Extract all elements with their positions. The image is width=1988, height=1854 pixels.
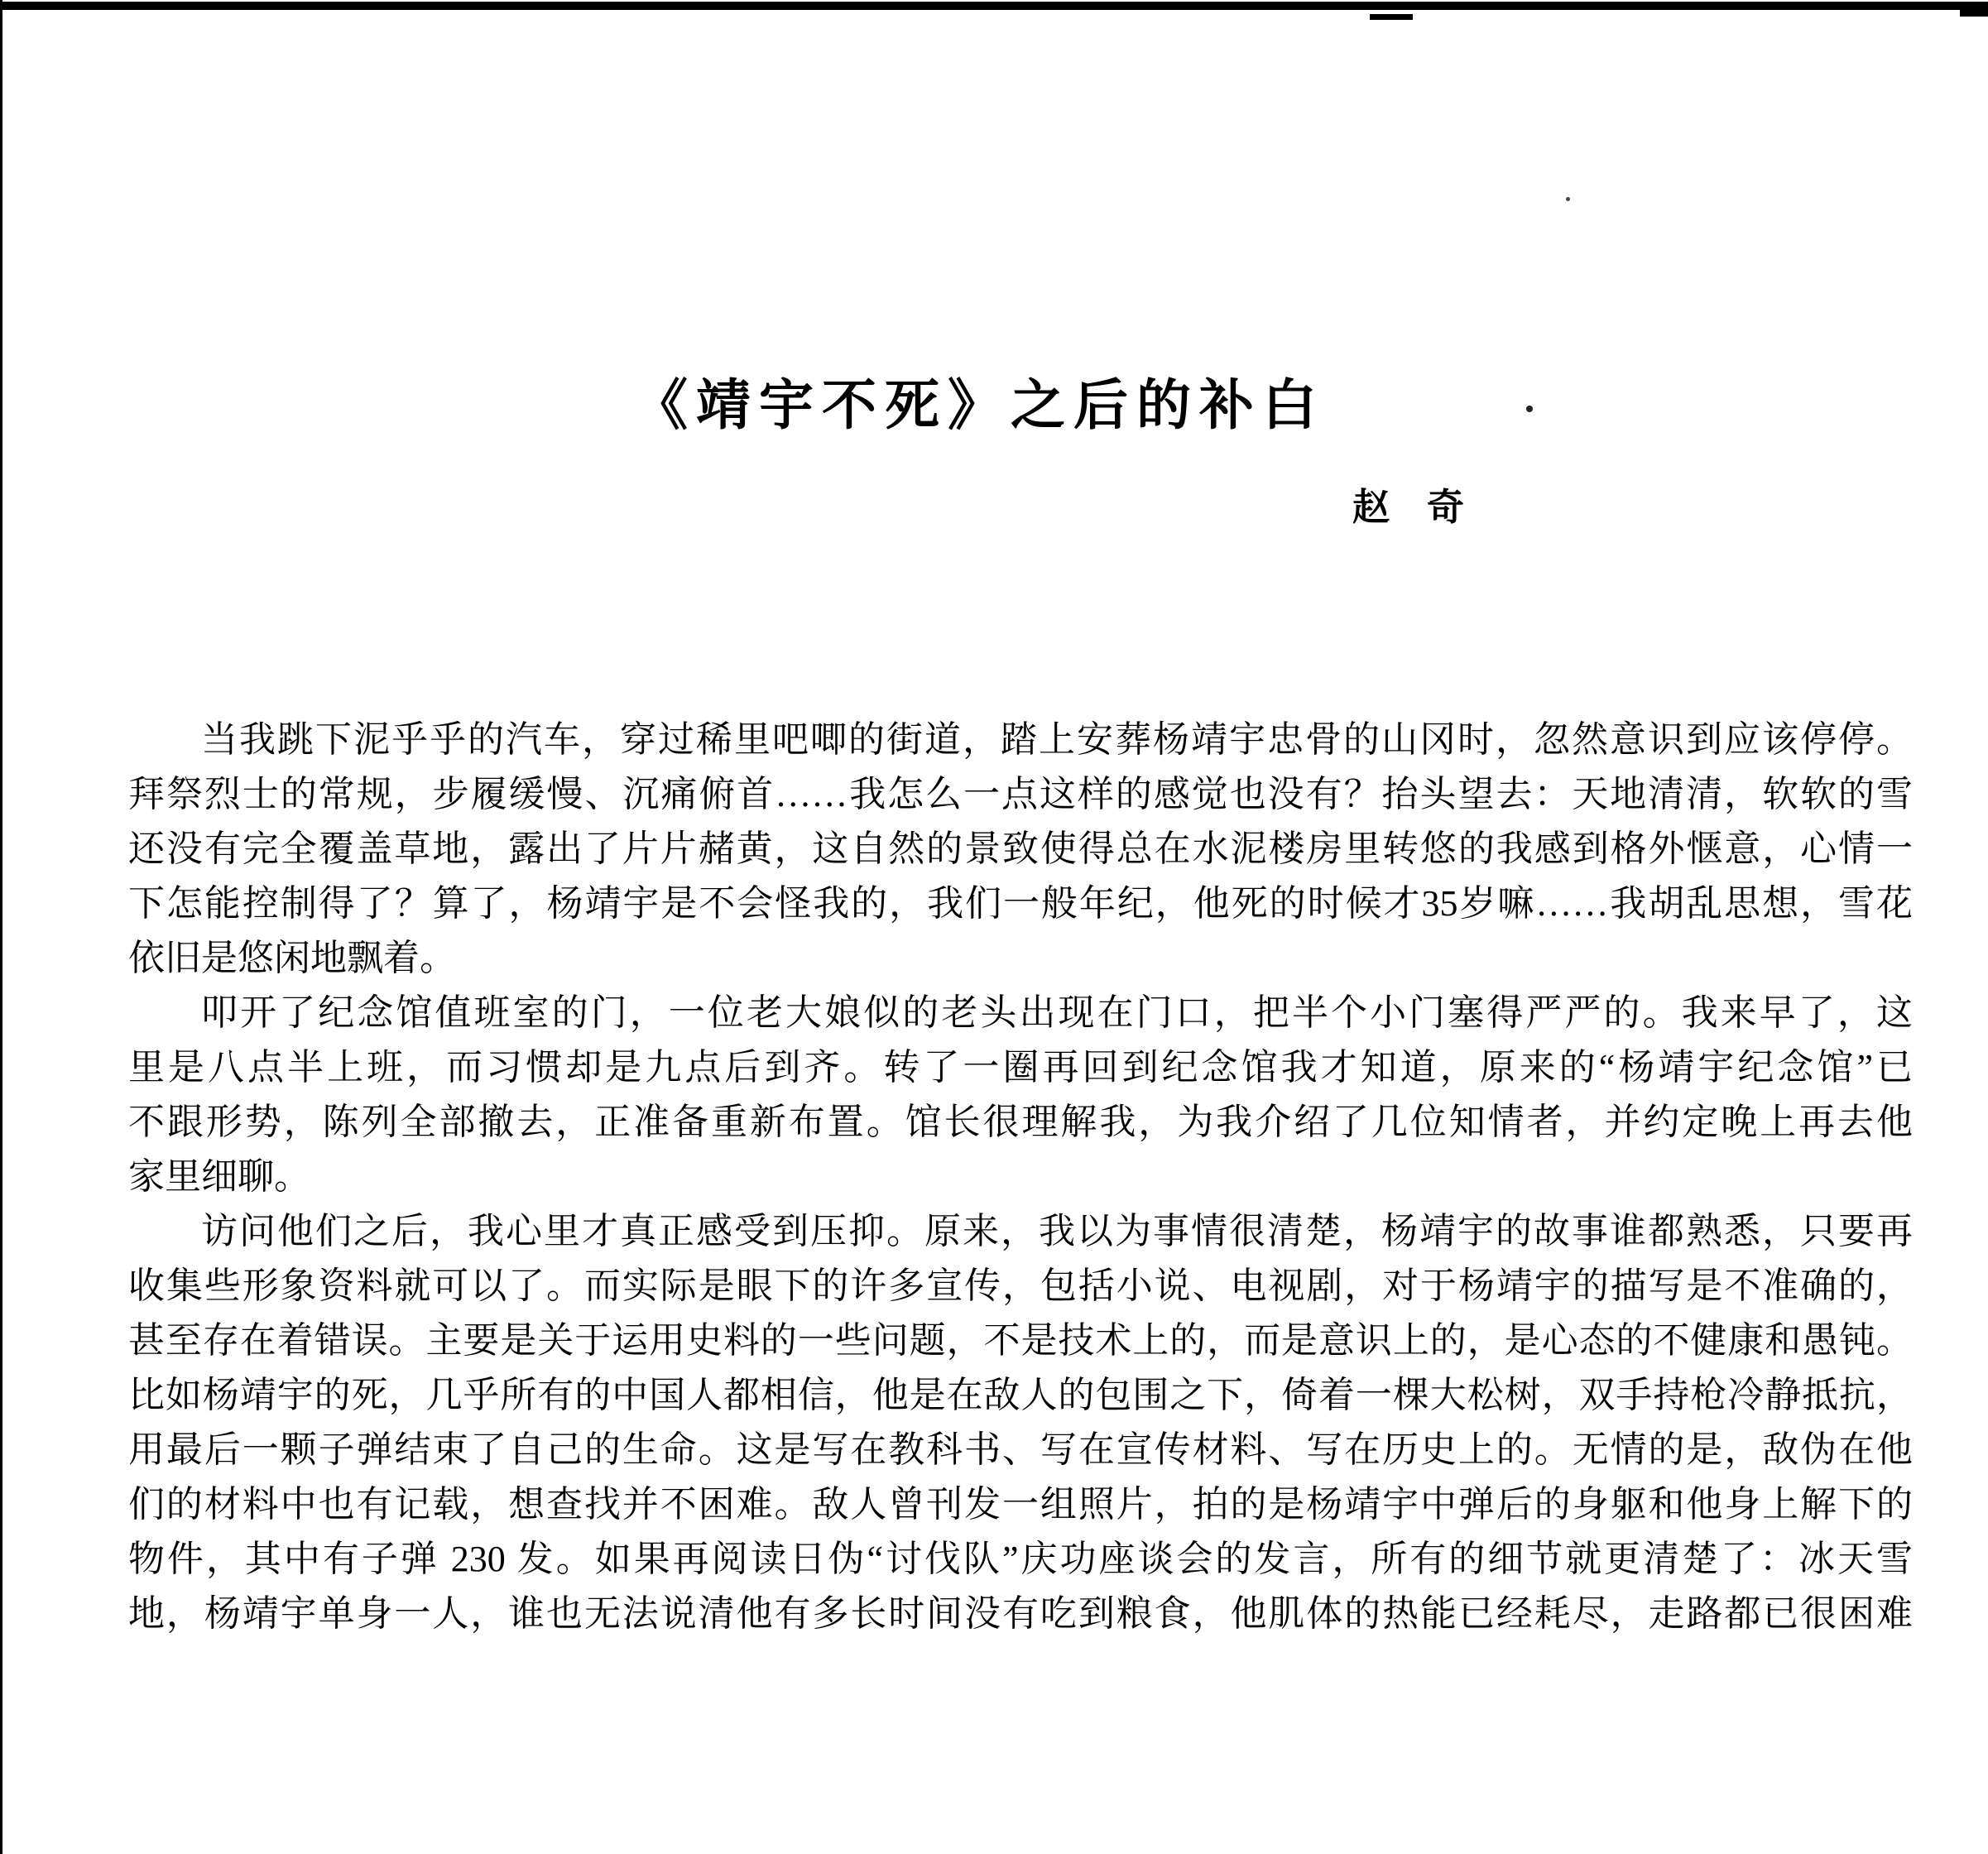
scan-speck: [1566, 197, 1570, 201]
text-line: 里是八点半上班，而习惯却是九点后到齐。转了一圈再回到纪念馆我才知道，原来的“杨靖…: [128, 1040, 1913, 1095]
text-line: 地，杨靖宇单身一人，谁也无法说清他有多长时间没有吃到粮食，他肌体的热能已经耗尽，…: [128, 1587, 1913, 1641]
page-title: 《靖宇不死》之后的补白: [0, 361, 1973, 439]
author-name: 赵 奇: [1352, 477, 1464, 531]
text-line: 甚至存在着错误。主要是关于运用史料的一些问题，不是技术上的，而是意识上的，是心态…: [128, 1314, 1913, 1368]
scan-edge-top-dash: [1370, 14, 1413, 20]
scanned-document-page: 《靖宇不死》之后的补白 赵 奇 当我跳下泥乎乎的汽车，穿过稀里吧唧的街道，踏上安…: [0, 0, 1988, 1854]
text-line: 家里细聊。: [128, 1150, 1913, 1204]
text-line: 还没有完全覆盖草地，露出了片片赭黄，这自然的景致使得总在水泥楼房里转悠的我感到格…: [128, 822, 1913, 877]
text-line: 不跟形势，陈列全部撤去，正准备重新布置。馆长很理解我，为我介绍了几位知情者，并约…: [128, 1095, 1913, 1150]
text-line: 访问他们之后，我心里才真正感受到压抑。原来，我以为事情很清楚，杨靖宇的故事谁都熟…: [128, 1204, 1913, 1259]
text-line: 比如杨靖宇的死，几乎所有的中国人都相信，他是在敌人的包围之下，倚着一棵大松树，双…: [128, 1368, 1913, 1423]
scan-edge-top-right-mark: [1960, 10, 1988, 17]
text-line: 下怎能控制得了？算了，杨靖宇是不会怪我的，我们一般年纪，他死的时候才35岁嘛………: [128, 877, 1913, 931]
scan-edge-top-bar: [0, 2, 1988, 10]
text-line: 物件，其中有子弹 230 发。如果再阅读日伪“讨伐队”庆功座谈会的发言，所有的细…: [128, 1532, 1913, 1587]
text-line: 拜祭烈士的常规，步履缓慢、沉痛俯首……我怎么一点这样的感觉也没有？抬头望去：天地…: [128, 767, 1913, 822]
text-line: 叩开了纪念馆值班室的门，一位老大娘似的老头出现在门口，把半个小门塞得严严的。我来…: [128, 986, 1913, 1040]
text-line: 们的材料中也有记载，想查找并不困难。敌人曾刊发一组照片，拍的是杨靖宇中弹后的身躯…: [128, 1477, 1913, 1532]
text-line: 当我跳下泥乎乎的汽车，穿过稀里吧唧的街道，踏上安葬杨靖宇忠骨的山冈时，忽然意识到…: [128, 713, 1913, 767]
scan-edge-left-line: [0, 0, 2, 1854]
text-line: 收集些形象资料就可以了。而实际是眼下的许多宣传，包括小说、电视剧，对于杨靖宇的描…: [128, 1259, 1913, 1314]
body-text: 当我跳下泥乎乎的汽车，穿过稀里吧唧的街道，踏上安葬杨靖宇忠骨的山冈时，忽然意识到…: [128, 713, 1913, 1641]
text-line: 依旧是悠闲地飘着。: [128, 931, 1913, 986]
text-line: 用最后一颗子弹结束了自己的生命。这是写在教科书、写在宣传材料、写在历史上的。无情…: [128, 1423, 1913, 1477]
